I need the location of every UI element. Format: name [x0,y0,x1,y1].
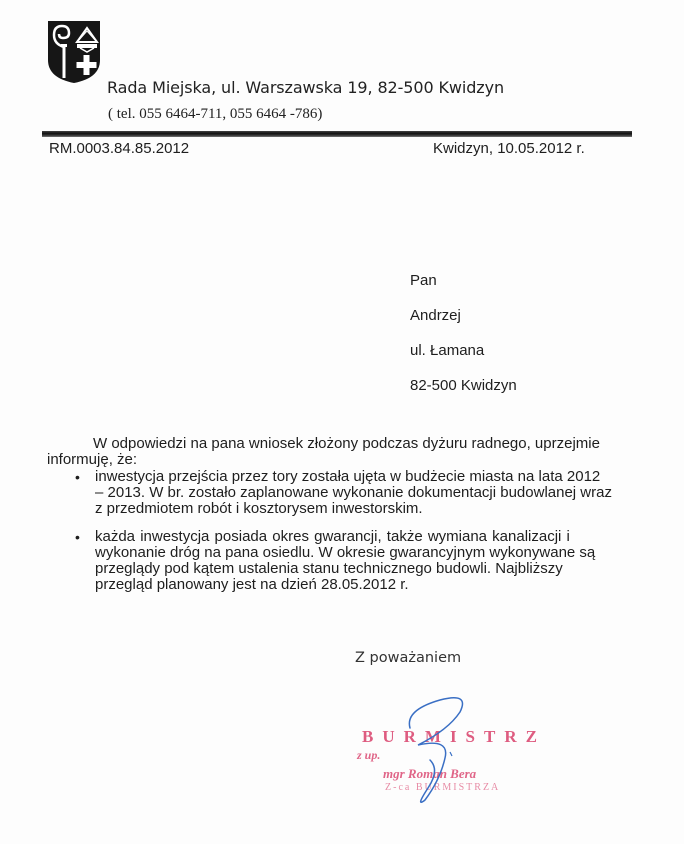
handwritten-signature-icon [400,690,510,810]
recipient-city: 82-500 Kwidzyn [410,377,517,394]
bullet-1-line-2: – 2013. W br. zostało zaplanowane wykona… [95,485,615,501]
bullet-icon: • [75,469,80,485]
intro-paragraph-continuation: informuję, że: [47,452,137,468]
bullet-1-line-1: inwestycja przejścia przez tory została … [95,469,615,485]
recipient-name: Andrzej [410,307,461,324]
place-date: Kwidzyn, 10.05.2012 r. [433,140,585,157]
bullet-2-line-2: wykonanie dróg na pana osiedlu. W okresi… [95,545,615,561]
bullet-2-line-4: przegląd planowany jest na dzień 28.05.2… [95,577,615,593]
coat-of-arms-icon [47,20,101,84]
bullet-2-line-3: przeglądy pod kątem ustalenia stanu tech… [95,561,615,577]
bullet-icon: • [75,529,80,545]
reference-number: RM.0003.84.85.2012 [49,140,189,157]
closing-regards: Z poważaniem [355,650,461,666]
recipient-street: ul. Łamana [410,342,484,359]
intro-paragraph: W odpowiedzi na pana wniosek złożony pod… [93,436,600,452]
header-divider [42,131,632,137]
stamp-on-behalf: z up. [357,748,380,763]
bullet-1-line-3: z przedmiotem robót i kosztorysem inwest… [95,501,615,517]
recipient-salutation: Pan [410,272,437,289]
phone-numbers: ( tel. 055 6464-711, 055 6464 -786) [108,106,322,123]
bullet-2-line-1: każda inwestycja posiada okres gwarancji… [95,529,615,545]
organization-address: Rada Miejska, ul. Warszawska 19, 82-500 … [107,78,504,97]
